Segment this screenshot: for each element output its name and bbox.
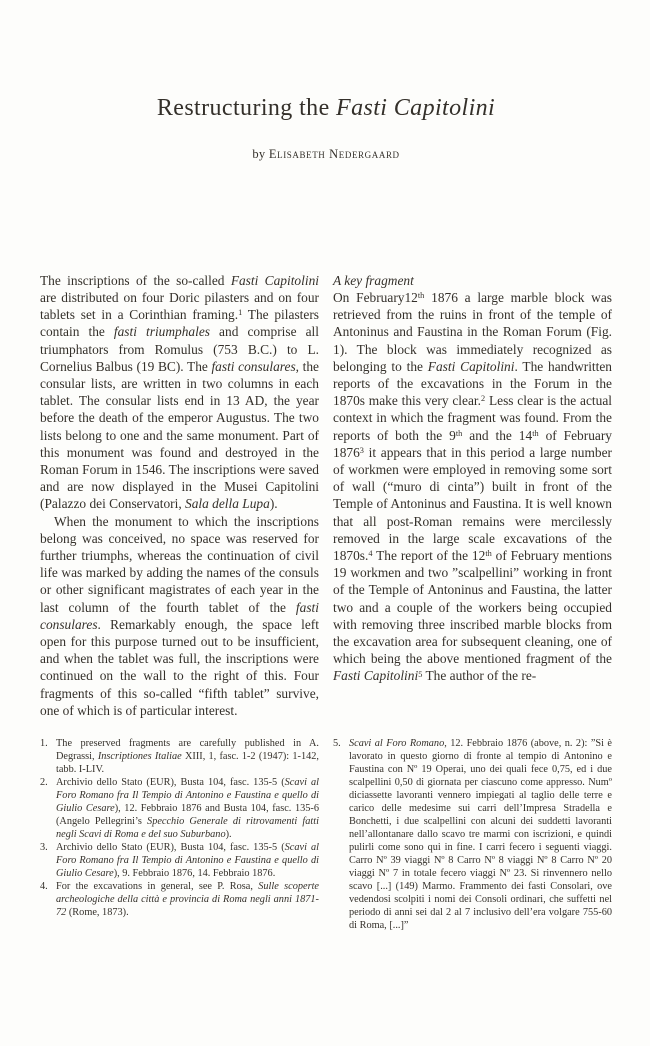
section-heading: A key fragment: [333, 272, 612, 289]
footnotes-left-column: 1. The preserved fragments are carefully…: [40, 737, 319, 919]
footnote-number: 4.: [40, 880, 56, 919]
page-header: Restructuring the Fasti Capitolini by El…: [40, 94, 612, 162]
paragraph: When the monument to which the inscripti…: [40, 513, 319, 719]
footnote-number: 2.: [40, 776, 56, 841]
left-column: The inscriptions of the so-called Fasti …: [40, 272, 319, 719]
footnote-text: The preserved fragments are carefully pu…: [56, 737, 319, 776]
footnote-text: Archivio dello Stato (EUR), Busta 104, f…: [56, 776, 319, 841]
footnote: 3. Archivio dello Stato (EUR), Busta 104…: [40, 841, 319, 880]
footnotes-right-column: 5. Scavi al Foro Romano, 12. Febbraio 18…: [333, 737, 612, 932]
document-page: Restructuring the Fasti Capitolini by El…: [0, 0, 650, 1046]
footnotes: 1. The preserved fragments are carefully…: [40, 737, 612, 932]
footnote: 4. For the excavations in general, see P…: [40, 880, 319, 919]
footnote: 2. Archivio dello Stato (EUR), Busta 104…: [40, 776, 319, 841]
page-title: Restructuring the Fasti Capitolini: [40, 94, 612, 123]
paragraph: The inscriptions of the so-called Fasti …: [40, 272, 319, 513]
footnote-number: 1.: [40, 737, 56, 776]
footnote: 1. The preserved fragments are carefully…: [40, 737, 319, 776]
footnote: 5. Scavi al Foro Romano, 12. Febbraio 18…: [333, 737, 612, 932]
footnote-number: 3.: [40, 841, 56, 880]
footnote-number: 5.: [333, 737, 349, 932]
footnote-text: For the excavations in general, see P. R…: [56, 880, 319, 919]
paragraph: On February12th 1876 a large marble bloc…: [333, 289, 612, 685]
byline: by Elisabeth Nedergaard: [40, 147, 612, 162]
footnote-text: Archivio dello Stato (EUR), Busta 104, f…: [56, 841, 319, 880]
right-column: A key fragment On February12th 1876 a la…: [333, 272, 612, 685]
body-columns: The inscriptions of the so-called Fasti …: [40, 272, 612, 719]
footnote-text: Scavi al Foro Romano, 12. Febbraio 1876 …: [349, 737, 612, 932]
